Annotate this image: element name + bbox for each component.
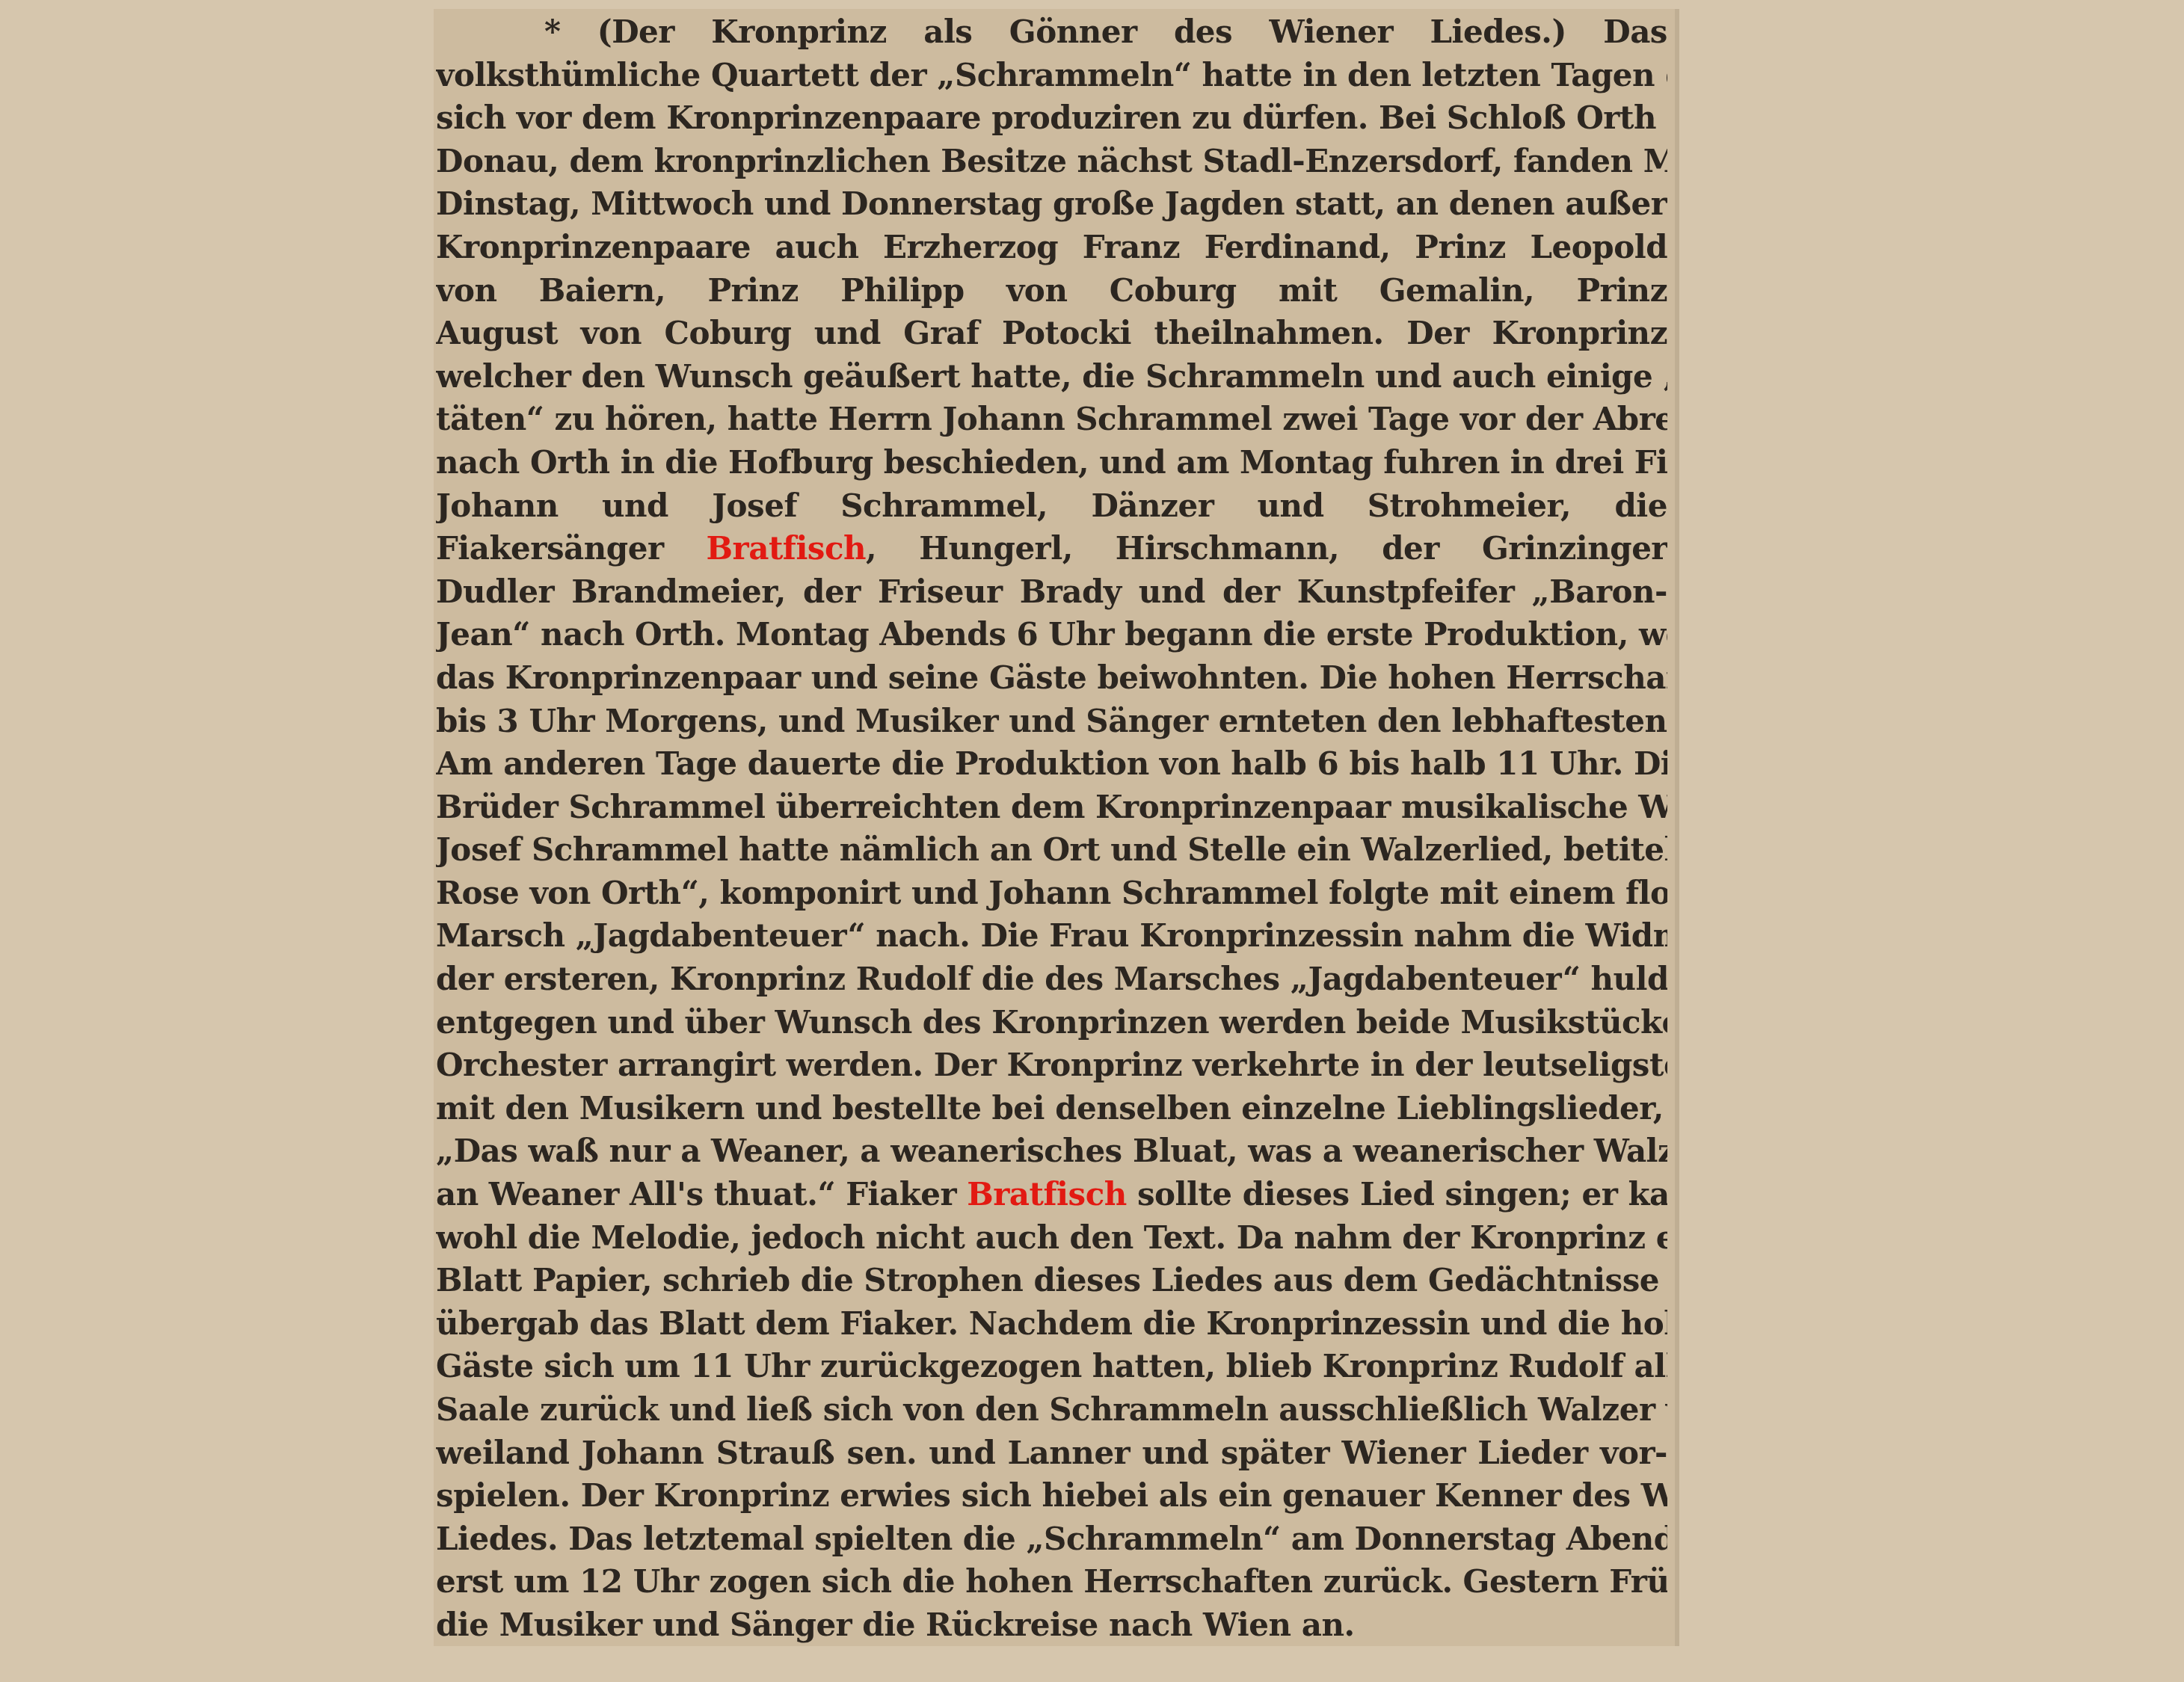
highlighted-name: Bratfisch [967,1176,1127,1213]
article-line: Rose von Orth“, komponirt und Johann Sch… [436,872,1667,915]
article-line: Brüder Schrammel überreichten dem Kronpr… [436,786,1667,829]
article-line: Donau, dem kronprinzlichen Besitze nächs… [436,140,1667,183]
article-line: an Weaner All's thuat.“ Fiaker Bratfisch… [436,1173,1667,1216]
article-line: welcher den Wunsch geäußert hatte, die S… [436,355,1667,398]
line-text: weiland Johann Strauß sen. und Lanner un… [436,1435,1667,1471]
article-line: wohl die Melodie, jedoch nicht auch den … [436,1216,1667,1260]
article-line: mit den Musikern und bestellte bei dense… [436,1087,1667,1130]
line-text: Dudler Brandmeier, der Friseur Brady und… [436,573,1667,610]
article-line: Saale zurück und ließ sich von den Schra… [436,1388,1667,1432]
article-line: Josef Schrammel hatte nämlich an Ort und… [436,828,1667,872]
line-text: volksthümliche Quartett der „Schrammeln“… [436,57,1667,93]
line-text: Saale zurück und ließ sich von den Schra… [436,1391,1667,1428]
line-text: Blatt Papier, schrieb die Strophen diese… [436,1262,1667,1299]
article-line: täten“ zu hören, hatte Herrn Johann Schr… [436,398,1667,441]
line-text: sollte dieses Lied singen; er kannte [1127,1176,1667,1213]
article-line: erst um 12 Uhr zogen sich die hohen Herr… [436,1560,1667,1604]
article-line: übergab das Blatt dem Fiaker. Nachdem di… [436,1302,1667,1346]
line-text: Am anderen Tage dauerte die Produktion v… [436,745,1667,782]
line-text: Donau, dem kronprinzlichen Besitze nächs… [436,143,1667,179]
article-line: Gäste sich um 11 Uhr zurückgezogen hatte… [436,1345,1667,1388]
article-line: Marsch „Jagdabenteuer“ nach. Die Frau Kr… [436,914,1667,958]
line-text: Jean“ nach Orth. Montag Abends 6 Uhr beg… [436,616,1667,653]
article-line: August von Coburg und Graf Potocki theil… [436,312,1667,355]
line-text: an Weaner All's thuat.“ Fiaker [436,1176,967,1213]
line-text: entgegen und über Wunsch des Kronprinzen… [436,1004,1667,1041]
line-text: erst um 12 Uhr zogen sich die hohen Herr… [436,1563,1667,1600]
line-text: Fiakersänger [436,530,707,567]
article-line: Am anderen Tage dauerte die Produktion v… [436,742,1667,786]
article-body: * (Der Kronprinz als Gönner des Wiener L… [436,10,1667,1647]
article-line: spielen. Der Kronprinz erwies sich hiebe… [436,1474,1667,1518]
article-line: sich vor dem Kronprinzenpaare produziren… [436,96,1667,140]
article-line: Blatt Papier, schrieb die Strophen diese… [436,1259,1667,1302]
line-text: wohl die Melodie, jedoch nicht auch den … [436,1219,1667,1256]
line-text: nach Orth in die Hofburg beschieden, und… [436,444,1667,481]
article-line: bis 3 Uhr Morgens, und Musiker und Sänge… [436,700,1667,743]
line-text: von Baiern, Prinz Philipp von Coburg mit… [436,272,1667,309]
article-line: der ersteren, Kronprinz Rudolf die des M… [436,958,1667,1001]
line-text: Liedes. Das letztemal spielten die „Schr… [436,1521,1667,1557]
article-line: * (Der Kronprinz als Gönner des Wiener L… [436,10,1667,54]
article-line: nach Orth in die Hofburg beschieden, und… [436,441,1667,484]
line-text: „Das waß nur a Weaner, a weanerisches Bl… [436,1133,1667,1169]
line-text: Brüder Schrammel überreichten dem Kronpr… [436,789,1667,825]
line-text: Orchester arrangirt werden. Der Kronprin… [436,1047,1667,1083]
line-text: , Hungerl, Hirschmann, der Grinzinger [866,530,1667,567]
line-text: Dinstag, Mittwoch und Donnerstag große J… [436,185,1667,222]
article-line: Dinstag, Mittwoch und Donnerstag große J… [436,182,1667,226]
article-line: Dudler Brandmeier, der Friseur Brady und… [436,570,1667,614]
line-text: Rose von Orth“, komponirt und Johann Sch… [436,875,1667,911]
line-text: welcher den Wunsch geäußert hatte, die S… [436,358,1667,395]
line-text: August von Coburg und Graf Potocki theil… [436,315,1667,351]
line-text: Marsch „Jagdabenteuer“ nach. Die Frau Kr… [436,917,1667,954]
line-text: Kronprinzenpaare auch Erzherzog Franz Fe… [436,229,1667,265]
article-line: von Baiern, Prinz Philipp von Coburg mit… [436,269,1667,312]
line-text: Johann und Josef Schrammel, Dänzer und S… [436,487,1667,524]
line-text: täten“ zu hören, hatte Herrn Johann Schr… [436,401,1667,437]
line-text: die Musiker und Sänger die Rückreise nac… [436,1606,1355,1643]
article-line: „Das waß nur a Weaner, a weanerisches Bl… [436,1130,1667,1173]
line-text: übergab das Blatt dem Fiaker. Nachdem di… [436,1305,1667,1342]
line-text: sich vor dem Kronprinzenpaare produziren… [436,99,1667,136]
article-line: Johann und Josef Schrammel, Dänzer und S… [436,484,1667,528]
line-text: spielen. Der Kronprinz erwies sich hiebe… [436,1477,1667,1514]
article-line: das Kronprinzenpaar und seine Gäste beiw… [436,656,1667,700]
article-line: Orchester arrangirt werden. Der Kronprin… [436,1044,1667,1087]
line-text: der ersteren, Kronprinz Rudolf die des M… [436,961,1667,997]
article-line: die Musiker und Sänger die Rückreise nac… [436,1604,1667,1647]
article-line: Jean“ nach Orth. Montag Abends 6 Uhr beg… [436,613,1667,656]
line-text: mit den Musikern und bestellte bei dense… [436,1090,1667,1127]
line-text: das Kronprinzenpaar und seine Gäste beiw… [436,659,1667,696]
article-line: Liedes. Das letztemal spielten die „Schr… [436,1518,1667,1561]
line-text: Josef Schrammel hatte nämlich an Ort und… [436,831,1667,868]
article-line: Fiakersänger Bratfisch, Hungerl, Hirschm… [436,527,1667,570]
article-line: weiland Johann Strauß sen. und Lanner un… [436,1432,1667,1475]
article-line: volksthümliche Quartett der „Schrammeln“… [436,54,1667,97]
line-text: Gäste sich um 11 Uhr zurückgezogen hatte… [436,1348,1667,1384]
line-text: * (Der Kronprinz als Gönner des Wiener L… [544,13,1667,50]
highlighted-name: Bratfisch [707,530,867,567]
article-line: entgegen und über Wunsch des Kronprinzen… [436,1001,1667,1044]
article-line: Kronprinzenpaare auch Erzherzog Franz Fe… [436,226,1667,269]
line-text: bis 3 Uhr Morgens, und Musiker und Sänge… [436,703,1667,739]
